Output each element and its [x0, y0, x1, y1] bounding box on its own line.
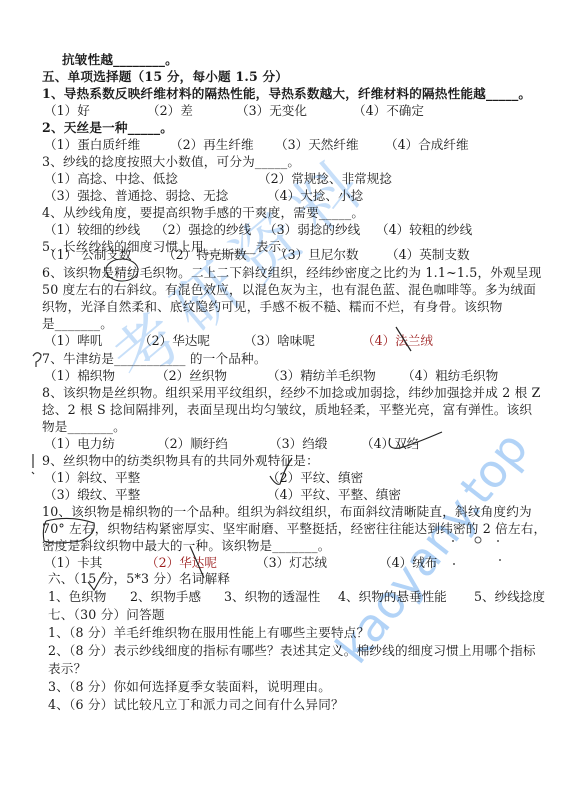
section7-q4: 4、（6 分）试比较凡立丁和派力司之间有什么异同？	[48, 697, 344, 713]
scan-speck	[499, 559, 501, 561]
q1-option-2: （2）差	[147, 103, 193, 119]
q10-option-1: （1）卡其	[44, 555, 102, 571]
section7-title: 七、（30 分）问答题	[48, 607, 165, 623]
q10-stem-line-3: 密度是斜纹织物中最大的一种。该织物是_______。	[42, 538, 331, 554]
q5-option-1: （1） 公制支数	[44, 247, 132, 263]
section7-q2-line-2: 表示？	[48, 661, 86, 677]
q4-stem: 4、从纱线角度，要提高织物手感的干爽度，需要_____。	[42, 205, 364, 221]
q4-option-4: （4）较粗的纱线	[376, 222, 472, 238]
q7-stem: 7、牛津纺是___________ 的一个品种。	[42, 351, 267, 367]
q6-stem-line-3: 织物，光泽自然柔和、底纹隐约可见，手感不板不糙、糯而不烂，有身骨。该织物	[42, 299, 503, 315]
q9-option-2: （2）平纹、缜密	[267, 470, 363, 486]
q2-option-4: （4）合成纤维	[385, 137, 469, 153]
section7-q3: 3、（8 分）你如何选择夏季女装面料，说明理由。	[48, 679, 331, 695]
q5-option-3: （3）旦尼尔数	[275, 247, 359, 263]
q9-stem: 9、丝织物中的纺类织物具有的共同外观特征是：	[42, 453, 319, 469]
q2-option-1: （1）蛋白质纤维	[44, 137, 140, 153]
q6-option-4: （4）法兰绒	[362, 333, 433, 349]
q8-option-1: （1）电力纺	[44, 436, 115, 452]
q2-option-2: （2）再生纤维	[170, 137, 254, 153]
q3-option-2: （2）常规捻、非常规捻	[258, 171, 392, 187]
q4-option-1: （1）较细的纱线	[44, 222, 140, 238]
section6-title: 六、（15 分，5*3 分）名词解释	[48, 571, 230, 587]
q9-option-3: （3）缎纹、平整	[44, 487, 140, 503]
q6-option-1: （1）哔叽	[44, 333, 102, 349]
q1-option-3: （3）无变化	[236, 103, 307, 119]
q8-stem-line-1: 8、该织物是丝织物。组织采用平纹组织，经纱不加捻或加弱捻，纬纱加强捻并成 2 根…	[42, 385, 541, 401]
q10-option-3: （3）灯芯绒	[256, 555, 327, 571]
q3-option-3: （3）强捻、普通捻、弱捻、无捻	[44, 188, 228, 204]
q2-option-3: （3）天然纤维	[275, 137, 359, 153]
q3-option-4: （4）大捻、小捻	[267, 188, 363, 204]
q4-option-2: （2）强捻的纱线	[155, 222, 251, 238]
exam-page: 考研资料 kaoyany.top 抗皱性越________。 五、单项选择题（1…	[0, 0, 578, 788]
q3-stem: 3、纱线的捻度按照大小数值，可分为_____。	[42, 154, 300, 170]
q1-stem: 1、导热系数反映纤维材料的隔热性能，导热系数越大，纤维材料的隔热性能越_____…	[42, 86, 531, 102]
q7-option-4: （4）粗纺毛织物	[402, 368, 498, 384]
section6-term-5: 5、纱线捻度	[474, 589, 545, 605]
q6-stem-line-2: 50 度左右的右斜纹。有混色效应，以混色灰为主，也有混色蓝、混色咖啡等。多为绒面	[42, 282, 536, 298]
scan-speck	[497, 540, 499, 542]
previous-question-tail: 抗皱性越________。	[62, 52, 178, 68]
q6-stem-line-1: 6、该织物是精纺毛织物。二上二下斜纹组织，经纬纱密度之比约为 1.1~1.5，外…	[42, 265, 541, 281]
q1-option-4: （4）不确定	[353, 103, 424, 119]
q1-option-1: （1）好	[44, 103, 90, 119]
q9-option-4: （4）平纹、平整、缜密	[267, 487, 401, 503]
q8-option-3: （3）绉缎	[269, 436, 327, 452]
q10-option-4: （4）绒布	[379, 555, 437, 571]
q2-stem: 2、天丝是一种_____。	[42, 120, 173, 136]
q10-stem-line-1: 10、该织物是棉织物的一个品种。组织为斜纹组织，布面斜纹清晰陡直，斜纹角度约为	[42, 504, 532, 520]
q8-stem-line-3: 物是_______。	[42, 419, 126, 435]
scan-speck	[453, 563, 455, 565]
q8-option-2: （2）顺纡绉	[157, 436, 228, 452]
section6-term-4: 4、织物的悬垂性能	[338, 589, 447, 605]
q7-option-1: （1）棉织物	[44, 368, 115, 384]
section6-term-3: 3、织物的透湿性	[224, 589, 320, 605]
q6-option-3: （3）啥味呢	[244, 333, 315, 349]
q10-option-2: （2）华达呢	[146, 555, 217, 571]
scan-speck	[452, 540, 454, 542]
section5-title: 五、单项选择题（15 分，每小题 1.5 分）	[42, 69, 288, 85]
q5-option-4: （4）英制支数	[386, 247, 470, 263]
section6-term-1: 1、色织物	[48, 589, 106, 605]
section7-q1: 1、（8 分）羊毛纤维织物在服用性能上有哪些主要特点？	[48, 625, 369, 641]
q8-stem-line-2: 捻、2 根 S 捻间隔排列，表面呈现出均匀皱纹，质地轻柔，平整光亮，富有弹性。该…	[42, 402, 532, 418]
q5-option-2: （2）特克斯数	[163, 247, 247, 263]
section7-q2-line-1: 2、（8 分）表示纱线细度的指标有哪些？表述其定义。棉纱线的细度习惯上用哪个指标	[48, 643, 536, 659]
q9-option-1: （1）斜纹、平整	[44, 470, 140, 486]
q3-option-1: （1）高捻、中捻、低捻	[44, 171, 178, 187]
q4-option-3: （3）弱捻的纱线	[264, 222, 360, 238]
q10-stem-line-2: 70° 左右，织物结构紧密厚实、坚牢耐磨、平整挺括，经密往往能达到纬密的 2 倍…	[42, 521, 546, 537]
margin-mark	[28, 452, 38, 476]
q6-stem-line-4: 是_______。	[42, 316, 113, 332]
q6-option-2: （2）华达呢	[139, 333, 210, 349]
section6-term-2: 2、织物手感	[130, 589, 201, 605]
q7-option-2: （2）丝织物	[156, 368, 227, 384]
q8-option-4: （4）双绉	[361, 436, 419, 452]
q7-option-3: （3）精纺羊毛织物	[267, 368, 376, 384]
